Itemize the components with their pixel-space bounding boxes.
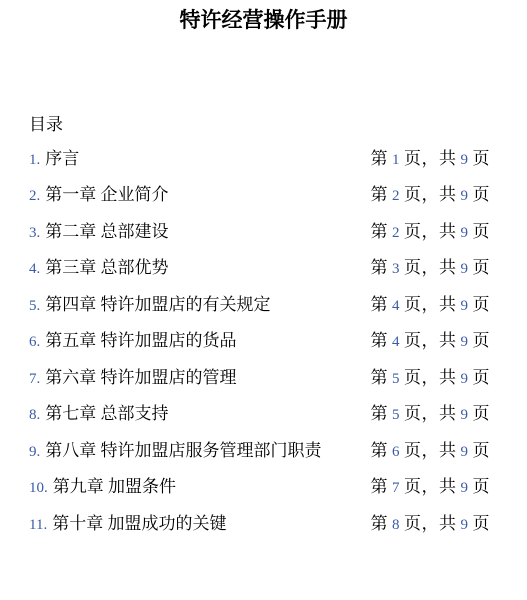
document-page: 特许经营操作手册 目录 1.序言第1页，共9页2.第一章 企业简介第2页，共9页… [0,0,527,600]
page-ref-infix: 页，共 [404,222,457,241]
page-ref-infix: 页，共 [404,258,457,277]
page-ref-prefix: 第 [371,149,389,168]
toc-entry-label: 3.第二章 总部建设 [29,217,169,242]
toc-entry-label: 11.第十章 加盟成功的关键 [29,509,226,534]
page-ref-infix: 页，共 [404,441,457,460]
toc-entry-label: 4.第三章 总部优势 [29,253,169,278]
page-ref-prefix: 第 [371,295,389,314]
toc-entry-label: 1.序言 [29,144,79,169]
page-number: 6 [392,444,400,460]
page-ref-prefix: 第 [371,404,389,423]
toc-entry-title: 第三章 总部优势 [45,258,168,277]
toc-entry-page-ref: 第4页，共9页 [371,290,491,315]
page-ref-prefix: 第 [371,441,389,460]
total-pages: 9 [461,480,469,496]
page-number: 2 [392,188,400,204]
page-ref-prefix: 第 [371,477,389,496]
toc-entry-label: 6.第五章 特许加盟店的货品 [29,326,237,351]
toc-entry-title: 第十章 加盟成功的关键 [52,514,226,533]
toc-entry-title: 第二章 总部建设 [45,222,168,241]
page-number: 8 [392,517,400,533]
toc-entry: 1.序言第1页，共9页 [29,138,490,175]
toc-entry-number: 3. [29,225,40,241]
toc-entry-page-ref: 第8页，共9页 [371,509,491,534]
toc-entry-page-ref: 第4页，共9页 [371,326,491,351]
page-ref-infix: 页，共 [404,514,457,533]
page-ref-suffix: 页 [473,514,491,533]
toc-entry-title: 第九章 加盟条件 [53,477,176,496]
total-pages: 9 [461,188,469,204]
toc-entry: 3.第二章 总部建设第2页，共9页 [29,211,490,248]
toc-entry-label: 10.第九章 加盟条件 [29,472,176,497]
toc-entry-label: 9.第八章 特许加盟店服务管理部门职责 [29,436,322,461]
toc-entry-page-ref: 第1页，共9页 [371,144,491,169]
toc-entry-page-ref: 第2页，共9页 [371,217,491,242]
toc-entry: 5.第四章 特许加盟店的有关规定第4页，共9页 [29,284,490,321]
page-ref-infix: 页，共 [404,477,457,496]
page-number: 7 [392,480,400,496]
page-ref-prefix: 第 [371,222,389,241]
page-ref-suffix: 页 [473,368,491,387]
toc-entry-number: 11. [29,517,47,533]
page-ref-infix: 页，共 [404,368,457,387]
toc-heading: 目录 [29,115,490,135]
toc-entry-page-ref: 第3页，共9页 [371,253,491,278]
total-pages: 9 [461,152,469,168]
page-number: 2 [392,225,400,241]
toc-entry-title: 第六章 特许加盟店的管理 [45,368,236,387]
toc-entry-title: 第四章 特许加盟店的有关规定 [45,295,270,314]
page-ref-suffix: 页 [473,404,491,423]
toc-entry-number: 7. [29,371,40,387]
total-pages: 9 [461,225,469,241]
page-ref-suffix: 页 [473,477,491,496]
page-ref-suffix: 页 [473,331,491,350]
page-number: 5 [392,371,400,387]
toc-entry-page-ref: 第2页，共9页 [371,180,491,205]
table-of-contents: 目录 1.序言第1页，共9页2.第一章 企业简介第2页，共9页3.第二章 总部建… [0,115,527,540]
total-pages: 9 [461,298,469,314]
total-pages: 9 [461,371,469,387]
toc-list: 1.序言第1页，共9页2.第一章 企业简介第2页，共9页3.第二章 总部建设第2… [29,138,490,540]
page-ref-suffix: 页 [473,222,491,241]
total-pages: 9 [461,444,469,460]
toc-entry-number: 2. [29,188,40,204]
page-ref-prefix: 第 [371,258,389,277]
toc-entry-number: 1. [29,152,40,168]
page-number: 4 [392,334,400,350]
toc-entry-number: 6. [29,334,40,350]
toc-entry-title: 序言 [45,149,79,168]
toc-entry-label: 7.第六章 特许加盟店的管理 [29,363,237,388]
toc-entry-number: 8. [29,407,40,423]
page-ref-prefix: 第 [371,331,389,350]
total-pages: 9 [461,517,469,533]
toc-entry: 11.第十章 加盟成功的关键第8页，共9页 [29,503,490,540]
toc-entry: 4.第三章 总部优势第3页，共9页 [29,248,490,285]
toc-entry-number: 10. [29,480,48,496]
toc-entry-page-ref: 第5页，共9页 [371,399,491,424]
toc-entry-number: 5. [29,298,40,314]
page-ref-suffix: 页 [473,441,491,460]
toc-entry-page-ref: 第7页，共9页 [371,472,491,497]
page-ref-infix: 页，共 [404,149,457,168]
toc-entry: 10.第九章 加盟条件第7页，共9页 [29,467,490,504]
page-ref-prefix: 第 [371,185,389,204]
toc-entry: 8.第七章 总部支持第5页，共9页 [29,394,490,431]
toc-entry-page-ref: 第6页，共9页 [371,436,491,461]
toc-entry-page-ref: 第5页，共9页 [371,363,491,388]
page-ref-prefix: 第 [371,368,389,387]
page-ref-suffix: 页 [473,149,491,168]
page-ref-prefix: 第 [371,514,389,533]
toc-entry-label: 8.第七章 总部支持 [29,399,169,424]
page-number: 3 [392,261,400,277]
toc-entry-label: 5.第四章 特许加盟店的有关规定 [29,290,271,315]
total-pages: 9 [461,407,469,423]
page-number: 5 [392,407,400,423]
toc-entry-number: 4. [29,261,40,277]
toc-entry-title: 第八章 特许加盟店服务管理部门职责 [45,441,321,460]
page-ref-suffix: 页 [473,258,491,277]
page-ref-infix: 页，共 [404,185,457,204]
page-ref-infix: 页，共 [404,295,457,314]
page-ref-suffix: 页 [473,295,491,314]
document-title: 特许经营操作手册 [0,8,527,33]
toc-entry: 9.第八章 特许加盟店服务管理部门职责第6页，共9页 [29,430,490,467]
page-ref-suffix: 页 [473,185,491,204]
total-pages: 9 [461,334,469,350]
page-ref-infix: 页，共 [404,331,457,350]
total-pages: 9 [461,261,469,277]
toc-entry: 6.第五章 特许加盟店的货品第4页，共9页 [29,321,490,358]
toc-entry-title: 第七章 总部支持 [45,404,168,423]
toc-entry-title: 第五章 特许加盟店的货品 [45,331,236,350]
page-number: 1 [392,152,400,168]
toc-entry: 2.第一章 企业简介第2页，共9页 [29,175,490,212]
page-number: 4 [392,298,400,314]
toc-entry-title: 第一章 企业简介 [45,185,168,204]
page-ref-infix: 页，共 [404,404,457,423]
toc-entry: 7.第六章 特许加盟店的管理第5页，共9页 [29,357,490,394]
toc-entry-number: 9. [29,444,40,460]
toc-entry-label: 2.第一章 企业简介 [29,180,169,205]
